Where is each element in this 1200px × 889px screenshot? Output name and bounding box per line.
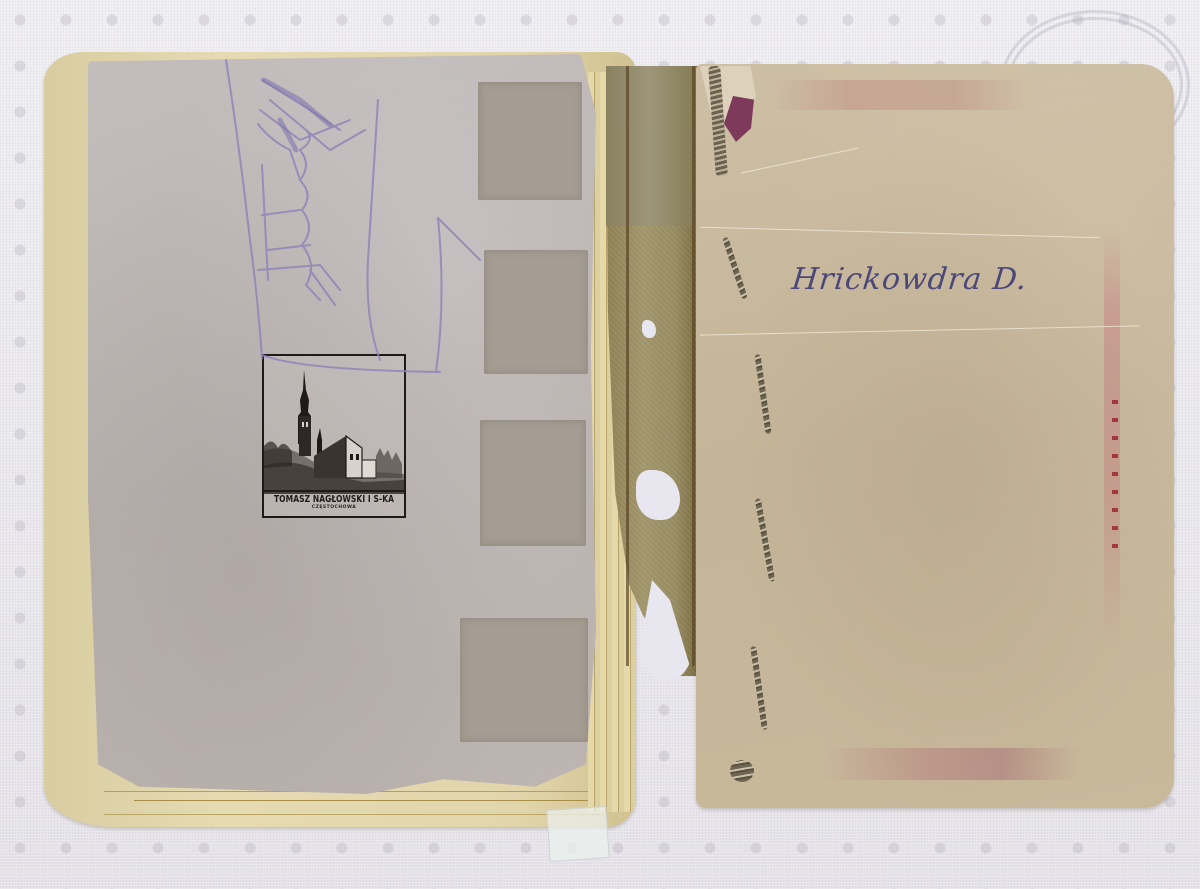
tape-patch [460,618,588,742]
printer-mark: TOMASZ NAGŁOWSKI I S-KA CZĘSTOCHOWA [262,354,406,518]
spine-fold [692,66,695,666]
page-edge-lines [104,791,606,815]
printer-city: CZĘSTOCHOWA [264,505,404,510]
right-cover [696,64,1174,808]
binding-stitch [730,760,754,782]
spine-cloth-layer [606,66,694,226]
tape-patch [484,250,588,374]
printer-name: TOMASZ NAGŁOWSKI I S-KA [272,494,395,505]
plastic-tab [546,806,609,862]
spine-fold [626,66,629,666]
red-stain [1112,400,1118,550]
tape-patch [480,420,586,546]
church-tower-icon [264,356,404,494]
red-stain [770,80,1030,110]
owner-signature: Hrickowdra D. [790,262,1029,297]
spine-tear [642,320,656,338]
printer-label: TOMASZ NAGŁOWSKI I S-KA CZĘSTOCHOWA [264,490,404,516]
red-stain [820,748,1080,780]
tape-patch [478,82,582,200]
